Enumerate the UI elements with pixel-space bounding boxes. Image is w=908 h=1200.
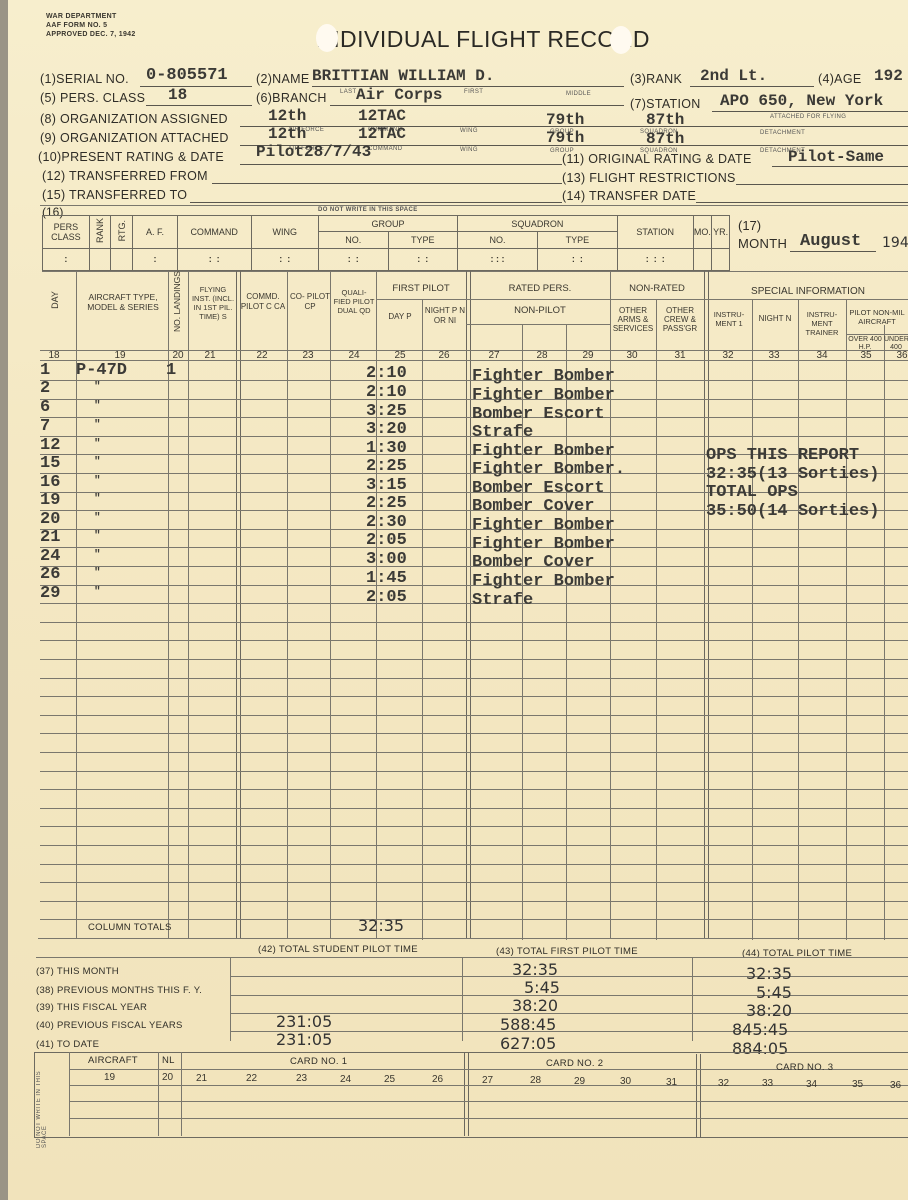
name-value: BRITTIAN WILLIAM D. [312, 67, 494, 85]
hdr-other-arms: OTHER ARMS & SERVICES [610, 306, 656, 333]
log-first-pilot-day: 2:30 [366, 514, 407, 532]
log-first-pilot-day: 1:30 [366, 440, 407, 458]
original-rating-value: Pilot-Same [788, 148, 884, 166]
present-rating-value: Pilot28/7/43 [256, 143, 371, 161]
name-sub-first: FIRST [464, 89, 483, 95]
log-aircraft: " [94, 583, 101, 601]
name-sub-last: LAST [340, 89, 357, 95]
log-day: 6 [40, 399, 50, 417]
rank-value: 2nd Lt. [700, 67, 767, 85]
log-mission: Fighter Bomber [472, 443, 615, 461]
log-aircraft: " [94, 378, 101, 396]
log-mission: Fighter Bomber [472, 573, 615, 591]
log-landings: 1 [166, 362, 176, 380]
log-mission: Fighter Bomber. [472, 461, 625, 479]
log-first-pilot-day: 3:15 [366, 477, 407, 495]
station-label: (7)STATION [630, 97, 701, 111]
card-no-1: CARD NO. 1 [290, 1056, 347, 1067]
log-first-pilot-day: 2:10 [366, 384, 407, 402]
note-line: OPS THIS REPORT [706, 447, 859, 465]
form-number: AAF FORM NO. 5 [46, 21, 136, 30]
log-first-pilot-day: 2:10 [366, 365, 407, 383]
col-wing: WING [251, 216, 318, 249]
hdr-fp-day: DAY P [378, 312, 422, 322]
hdr-pilot-non-mil: PILOT NON-MIL AIRCRAFT [846, 308, 908, 328]
log-day: 21 [40, 529, 60, 547]
note-line: TOTAL OPS [706, 484, 798, 502]
org-assigned-af: 12th [268, 107, 306, 125]
col-group: GROUP [318, 216, 457, 232]
hdr-instrument: INSTRU- MENT 1 [706, 310, 752, 328]
month-label: MONTH [738, 236, 787, 251]
log-aircraft: " [94, 397, 101, 415]
hdr-landings: NO. LANDINGS [172, 278, 182, 332]
totals-row-label: (37) THIS MONTH [36, 966, 119, 977]
log-first-pilot-day: 3:20 [366, 421, 407, 439]
log-day: 16 [40, 474, 60, 492]
column-totals-first-pilot: 32:35 [358, 916, 404, 935]
pers-class-value: 18 [168, 86, 187, 104]
totals-first-pilot: 5:45 [524, 978, 560, 997]
hdr-day: DAY [50, 291, 60, 309]
transferred-to-label: (15) TRANSFERRED TO [42, 188, 187, 202]
branch-value: Air Corps [356, 86, 442, 104]
log-first-pilot-day: 1:45 [366, 570, 407, 588]
hdr-co-pilot: CO- PILOT CP [290, 292, 330, 312]
serial-value: 0-805571 [146, 66, 228, 85]
col-pers-class: PERS CLASS [43, 216, 90, 249]
flight-restrictions-label: (13) FLIGHT RESTRICTIONS [562, 171, 736, 185]
col-af: A. F. [133, 216, 178, 249]
org-assigned-command: 12TAC [358, 107, 406, 125]
group-no: NO. [318, 232, 388, 248]
sub-wing: WING [460, 128, 478, 134]
rank-label: (3)RANK [630, 72, 682, 86]
log-day: 15 [40, 455, 60, 473]
col-squadron: SQUADRON [458, 216, 618, 232]
do-not-write-notice: DO NOT WRITE IN THIS SPACE [318, 207, 418, 213]
col-rtg: RTG. [111, 216, 133, 249]
log-day: 2 [40, 380, 50, 398]
station-value: APO 650, New York [720, 92, 883, 110]
col-station: STATION [617, 216, 693, 249]
org-attached-label: (9) ORGANIZATION ATTACHED [40, 131, 229, 145]
log-mission: Fighter Bomber [472, 387, 615, 405]
note-line: 35:50(14 Sorties) [706, 503, 879, 521]
totals-first-pilot: 38:20 [512, 996, 558, 1015]
totals-first-pilot: 32:35 [512, 960, 558, 979]
sub-detachment: DETACHMENT [760, 130, 805, 136]
log-aircraft: " [94, 564, 101, 582]
pers-class-label: (5) PERS. CLASS [40, 91, 145, 105]
totals-row-label: (39) THIS FISCAL YEAR [36, 1002, 147, 1013]
log-day: 1 [40, 362, 50, 380]
card-no-3: CARD NO. 3 [776, 1062, 833, 1073]
present-rating-label: (10)PRESENT RATING & DATE [38, 150, 224, 164]
log-first-pilot-day: 2:05 [366, 589, 407, 607]
totals-student: 231:05 [276, 1030, 332, 1049]
org-assigned-label: (8) ORGANIZATION ASSIGNED [40, 112, 228, 126]
totals-row-label: (41) TO DATE [36, 1039, 99, 1050]
col-rank: RANK [89, 216, 111, 249]
log-first-pilot-day: 2:25 [366, 495, 407, 513]
log-day: 29 [40, 585, 60, 603]
cards-side-note: DO NOT WRITE IN THIS SPACE [36, 1068, 66, 1148]
age-label: (4)AGE [818, 72, 861, 86]
log-mission: Fighter Bomber [472, 368, 615, 386]
dept-line: WAR DEPARTMENT [46, 12, 136, 21]
hdr-aircraft: AIRCRAFT TYPE, MODEL & SERIES [78, 292, 168, 312]
totals-total: 845:45 [732, 1020, 788, 1039]
log-mission: Strafe [472, 592, 533, 610]
log-aircraft: " [94, 472, 101, 490]
log-aircraft: " [94, 490, 101, 508]
log-aircraft: " [94, 416, 101, 434]
squadron-no: NO. [458, 232, 538, 248]
cards-aircraft: AIRCRAFT [88, 1055, 138, 1066]
approved-date: APPROVED DEC. 7, 1942 [46, 30, 136, 39]
log-aircraft: P-47D [76, 362, 127, 380]
hdr-other-crew: OTHER CREW & PASS'GR [656, 306, 704, 333]
log-aircraft: " [94, 509, 101, 527]
section17-label: (17) [738, 218, 761, 233]
log-mission: Fighter Bomber [472, 517, 615, 535]
transferred-from-label: (12) TRANSFERRED FROM [42, 169, 208, 183]
col-yr: YR. [712, 216, 730, 249]
col-command: COMMAND [177, 216, 251, 249]
hdr-instrument-trainer: INSTRU- MENT TRAINER [798, 310, 846, 337]
log-mission: Bomber Cover [472, 554, 594, 572]
hdr-night: NIGHT N [752, 314, 798, 324]
log-aircraft: " [94, 527, 101, 545]
form-dept-info: WAR DEPARTMENT AAF FORM NO. 5 APPROVED D… [46, 12, 136, 39]
org-attached-command: 12TAC [358, 125, 406, 143]
totals-first-pilot: 627:05 [500, 1034, 556, 1053]
log-mission: Fighter Bomber [472, 536, 615, 554]
note-line: 32:35(13 Sorties) [706, 466, 879, 484]
age-value: 192 [874, 67, 903, 85]
log-aircraft: " [94, 435, 101, 453]
hdr-flying-inst: FLYING INST. (INCL. IN 1ST PIL. TIME) S [190, 285, 236, 321]
log-mission: Bomber Escort [472, 480, 605, 498]
totals-student: 231:05 [276, 1012, 332, 1031]
hdr-special-info: SPECIAL INFORMATION [708, 287, 908, 297]
name-sub-middle: MIDDLE [566, 91, 591, 97]
totals-header-first-pilot: (43) TOTAL FIRST PILOT TIME [496, 946, 638, 957]
section16-table: PERS CLASS RANK RTG. A. F. COMMAND WING … [42, 215, 730, 271]
page-title: INDIVIDUAL FLIGHT RECORD [316, 26, 650, 53]
log-mission: Strafe [472, 424, 533, 442]
scanner-edge [0, 0, 8, 1200]
col-mo: MO. [693, 216, 712, 249]
name-label: (2)NAME [256, 72, 310, 86]
totals-row-label: (40) PREVIOUS FISCAL YEARS [36, 1020, 183, 1031]
punch-hole [610, 26, 632, 54]
station-sub: ATTACHED FOR FLYING [770, 114, 846, 120]
log-first-pilot-day: 2:25 [366, 458, 407, 476]
hdr-non-rated: NON-RATED [610, 284, 704, 294]
org-attached-af: 12th [268, 125, 306, 143]
hdr-first-pilot: FIRST PILOT [376, 284, 466, 294]
log-day: 7 [40, 418, 50, 436]
serial-label: (1)SERIAL NO. [40, 72, 129, 86]
log-day: 12 [40, 437, 60, 455]
log-day: 26 [40, 566, 60, 584]
log-day: 19 [40, 492, 60, 510]
squadron-type: TYPE [537, 232, 617, 248]
column-totals-label: COLUMN TOTALS [88, 922, 172, 933]
totals-total: 5:45 [756, 983, 792, 1002]
log-first-pilot-day: 3:25 [366, 403, 407, 421]
log-mission: Bomber Escort [472, 406, 605, 424]
hdr-non-pilot: NON-PILOT [470, 306, 610, 316]
log-first-pilot-day: 3:00 [366, 551, 407, 569]
totals-row-label: (38) PREVIOUS MONTHS THIS F. Y. [36, 985, 202, 996]
totals-total: 38:20 [746, 1001, 792, 1020]
transfer-date-label: (14) TRANSFER DATE [562, 189, 696, 203]
sub-command: COMMAND [368, 146, 402, 152]
card-no-2: CARD NO. 2 [546, 1058, 603, 1069]
hdr-qualified: QUALI- FIED PILOT DUAL QD [332, 288, 376, 315]
month-value: August [800, 232, 861, 251]
original-rating-label: (11) ORIGINAL RATING & DATE [562, 152, 752, 166]
group-type: TYPE [388, 232, 458, 248]
year-value: 194 [882, 235, 908, 251]
log-aircraft: " [94, 453, 101, 471]
sub-wing: WING [460, 147, 478, 153]
branch-label: (6)BRANCH [256, 91, 327, 105]
log-day: 24 [40, 548, 60, 566]
totals-total: 32:35 [746, 964, 792, 983]
hdr-rated-pers: RATED PERS. [470, 284, 610, 294]
hdr-commd-pilot: COMMD. PILOT C CA [240, 292, 286, 312]
totals-first-pilot: 588:45 [500, 1015, 556, 1034]
log-first-pilot-day: 2:05 [366, 532, 407, 550]
punch-hole [316, 24, 338, 52]
log-mission: Bomber Cover [472, 498, 594, 516]
cards-nl: NL [162, 1055, 175, 1066]
log-aircraft: " [94, 546, 101, 564]
log-day: 20 [40, 511, 60, 529]
hdr-fp-night: NIGHT P N OR NI [424, 306, 466, 326]
totals-header-student: (42) TOTAL STUDENT PILOT TIME [258, 944, 418, 955]
